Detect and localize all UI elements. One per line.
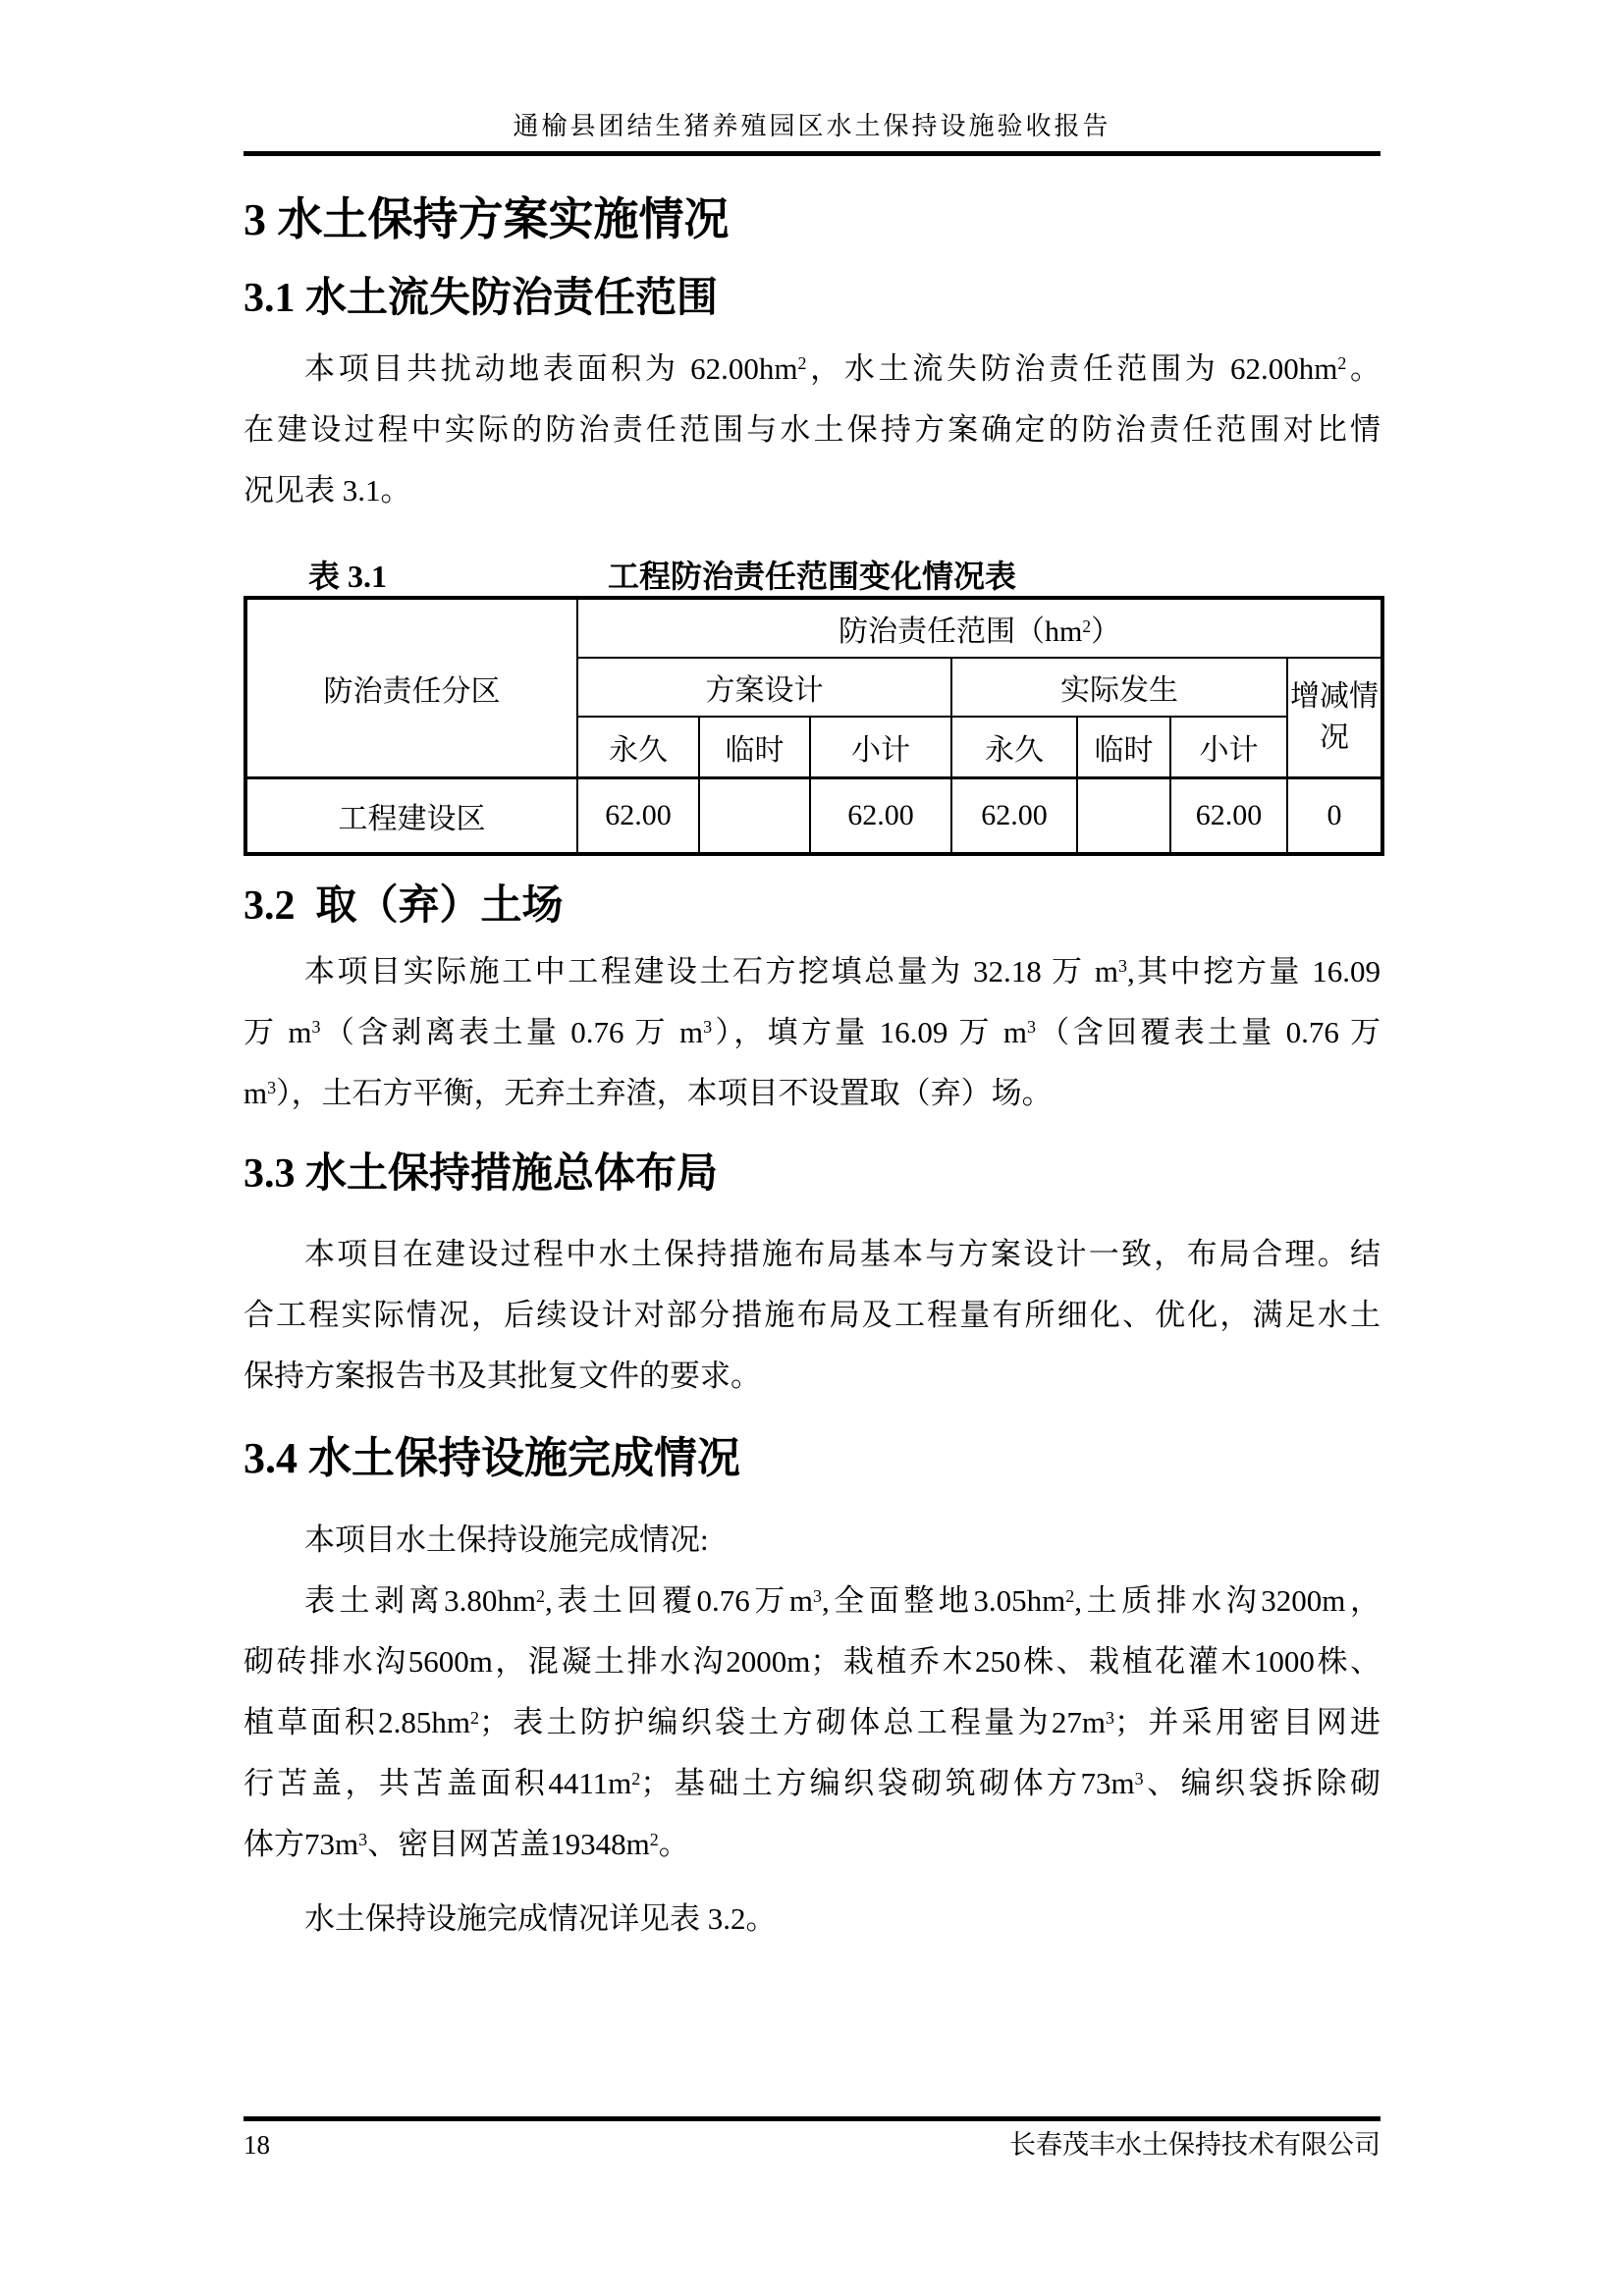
table-cell-change: 0 (1287, 777, 1382, 854)
responsibility-change-table: 防治责任分区 防治责任范围（hm2） 方案设计 实际发生 增减情况 永久 临时 … (244, 596, 1384, 856)
text-line: m3），土石方平衡，无弃土弃渣，本项目不设置取（弃）场。 (244, 1063, 1380, 1124)
text-line: 合工程实际情况，后续设计对部分措施布局及工程量有所细化、优化，满足水土 (244, 1285, 1380, 1346)
table-subheader-permanent: 永久 (577, 717, 699, 777)
table-cell-design-subtotal: 62.00 (810, 777, 951, 854)
table-header-change: 增减情况 (1287, 658, 1382, 777)
text-line: 本项目在建设过程中水土保持措施布局基本与方案设计一致，布局合理。结 (244, 1224, 1380, 1285)
page-header-title: 通榆县团结生猪养殖园区水土保持设施验收报告 (513, 112, 1110, 140)
text-line: 在建设过程中实际的防治责任范围与水土保持方案确定的防治责任范围对比情 (244, 400, 1380, 460)
heading-section-3-2: 3.2 取（弃）土场 (244, 880, 1380, 934)
page-footer: 18 长春茂丰水土保持技术有限公司 (244, 2116, 1380, 2163)
table-cell-design-permanent: 62.00 (577, 777, 699, 854)
paragraph-completion-details: 表土剥离3.80hm2,表土回覆0.76万m3,全面整地3.05hm2,土质排水… (244, 1571, 1380, 1875)
text-line: 表土剥离3.80hm2,表土回覆0.76万m3,全面整地3.05hm2,土质排水… (244, 1571, 1380, 1631)
table-caption-label: 表 3.1 (308, 557, 387, 596)
text-line: 体方73m3、密目网苫盖19348m2。 (244, 1814, 1380, 1875)
table-header-range-title: 防治责任范围（hm2） (577, 598, 1382, 658)
paragraph-completion-intro: 本项目水土保持设施完成情况: (244, 1510, 1380, 1571)
table-subheader-temporary: 临时 (699, 717, 810, 777)
heading-section-3-3: 3.3 水土保持措施总体布局 (244, 1148, 1380, 1201)
paragraph-see-table: 水土保持设施完成情况详见表 3.2。 (244, 1889, 1380, 1949)
page-header: 通榆县团结生猪养殖园区水土保持设施验收报告 (244, 0, 1380, 156)
table-cell-actual-subtotal: 62.00 (1170, 777, 1287, 854)
page-number: 18 (244, 2127, 270, 2163)
text-line: 本项目水土保持设施完成情况: (244, 1510, 1380, 1571)
table-cell-zone: 工程建设区 (245, 777, 577, 854)
paragraph-responsibility-scope: 本项目共扰动地表面积为 62.00hm2，水土流失防治责任范围为 62.00hm… (244, 339, 1380, 521)
table-subheader-subtotal: 小计 (1170, 717, 1287, 777)
text-line: 植草面积2.85hm2；表土防护编织袋土方砌体总工程量为27m3；并采用密目网进 (244, 1692, 1380, 1753)
footer-company: 长春茂丰水土保持技术有限公司 (1009, 2127, 1380, 2163)
text-line: 水土保持设施完成情况详见表 3.2。 (244, 1889, 1380, 1949)
table-header-zone: 防治责任分区 (245, 598, 577, 777)
text-line: 保持方案报告书及其批复文件的要求。 (244, 1346, 1380, 1407)
table-cell-actual-temporary (1077, 777, 1170, 854)
text-line: 行苫盖，共苫盖面积4411m2；基础土方编织袋砌筑砌体方73m3、编织袋拆除砌 (244, 1753, 1380, 1814)
paragraph-overall-layout: 本项目在建设过程中水土保持措施布局基本与方案设计一致，布局合理。结 合工程实际情… (244, 1224, 1380, 1407)
page-content: 通榆县团结生猪养殖园区水土保持设施验收报告 3 水土保持方案实施情况 3.1 水… (244, 0, 1380, 1949)
table-caption-title: 工程防治责任范围变化情况表 (244, 557, 1380, 596)
paragraph-spoil-ground: 本项目实际施工中工程建设土石方挖填总量为 32.18 万 m3,其中挖方量 16… (244, 941, 1380, 1124)
text-line: 本项目实际施工中工程建设土石方挖填总量为 32.18 万 m3,其中挖方量 16… (244, 941, 1380, 1002)
table-subheader-subtotal: 小计 (810, 717, 951, 777)
text-line: 本项目共扰动地表面积为 62.00hm2，水土流失防治责任范围为 62.00hm… (244, 339, 1380, 400)
text-line: 况见表 3.1。 (244, 460, 1380, 521)
table-caption: 表 3.1 工程防治责任范围变化情况表 (244, 557, 1380, 596)
document-page: 通榆县团结生猪养殖园区水土保持设施验收报告 3 水土保持方案实施情况 3.1 水… (0, 0, 1624, 2296)
table-header-design: 方案设计 (577, 658, 951, 717)
heading-section-3-1: 3.1 水土流失防治责任范围 (244, 272, 1380, 326)
table-row: 工程建设区 62.00 62.00 62.00 62.00 0 (245, 777, 1382, 854)
heading-section-3: 3 水土保持方案实施情况 (244, 191, 1380, 248)
table-cell-design-temporary (699, 777, 810, 854)
table-cell-actual-permanent: 62.00 (951, 777, 1077, 854)
heading-section-3-4: 3.4 水土保持设施完成情况 (244, 1430, 1380, 1486)
text-line: 砌砖排水沟5600m，混凝土排水沟2000m；栽植乔木250株、栽植花灌木100… (244, 1631, 1380, 1692)
text-line: 万 m3（含剥离表土量 0.76 万 m3），填方量 16.09 万 m3（含回… (244, 1002, 1380, 1063)
table-header-actual: 实际发生 (951, 658, 1287, 717)
table-subheader-permanent: 永久 (951, 717, 1077, 777)
table-subheader-temporary: 临时 (1077, 717, 1170, 777)
